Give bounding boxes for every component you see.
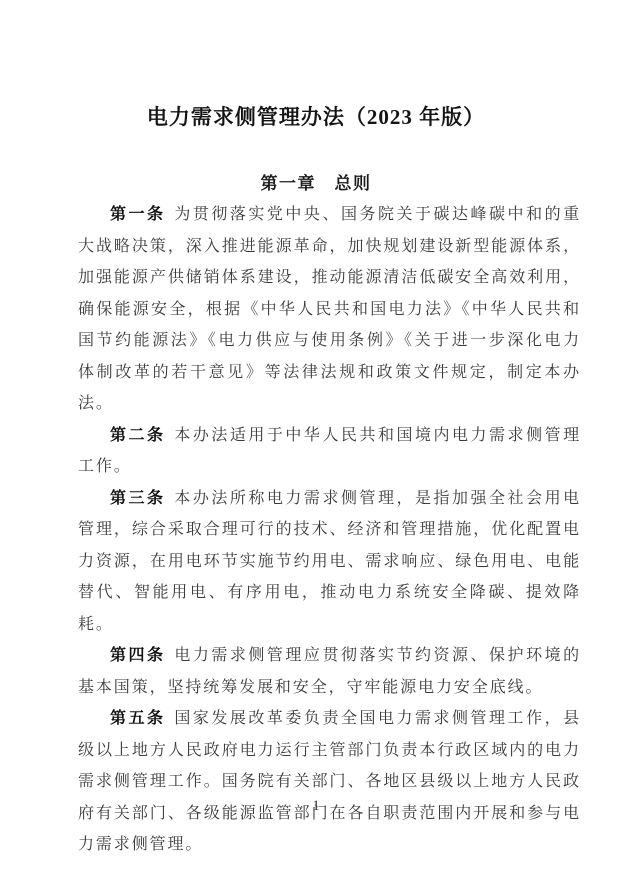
document-page: 电力需求侧管理办法（2023 年版） 第一章 总则 第一条为贯彻落实党中央、国务… <box>0 0 632 889</box>
article-label: 第四条 <box>110 647 166 664</box>
article-label: 第一条 <box>110 206 166 223</box>
article-label: 第二条 <box>110 427 166 444</box>
article-text: 本办法所称电力需求侧管理，是指加强全社会用电管理，综合采取合理可行的技术、经济和… <box>78 490 581 633</box>
article-paragraph: 第三条本办法所称电力需求侧管理，是指加强全社会用电管理，综合采取合理可行的技术、… <box>78 483 581 641</box>
document-body: 第一条为贯彻落实党中央、国务院关于碳达峰碳中和的重大战略决策，深入推进能源革命，… <box>78 199 581 861</box>
article-paragraph: 第五条国家发展改革委负责全国电力需求侧管理工作，县级以上地方人民政府电力运行主管… <box>78 703 581 861</box>
chapter-heading: 第一章 总则 <box>0 169 632 194</box>
article-paragraph: 第二条本办法适用于中华人民共和国境内电力需求侧管理工作。 <box>78 420 581 483</box>
article-paragraph: 第四条电力需求侧管理应贯彻落实节约资源、保护环境的基本国策，坚持统筹发展和安全，… <box>78 640 581 703</box>
article-label: 第五条 <box>110 710 166 727</box>
article-text: 国家发展改革委负责全国电力需求侧管理工作，县级以上地方人民政府电力运行主管部门负… <box>78 710 581 853</box>
article-paragraph: 第一条为贯彻落实党中央、国务院关于碳达峰碳中和的重大战略决策，深入推进能源革命，… <box>78 199 581 420</box>
document-title: 电力需求侧管理办法（2023 年版） <box>0 101 632 131</box>
page-number: 1 <box>0 798 632 815</box>
article-text: 为贯彻落实党中央、国务院关于碳达峰碳中和的重大战略决策，深入推进能源革命，加快规… <box>78 206 581 412</box>
article-label: 第三条 <box>110 490 166 507</box>
